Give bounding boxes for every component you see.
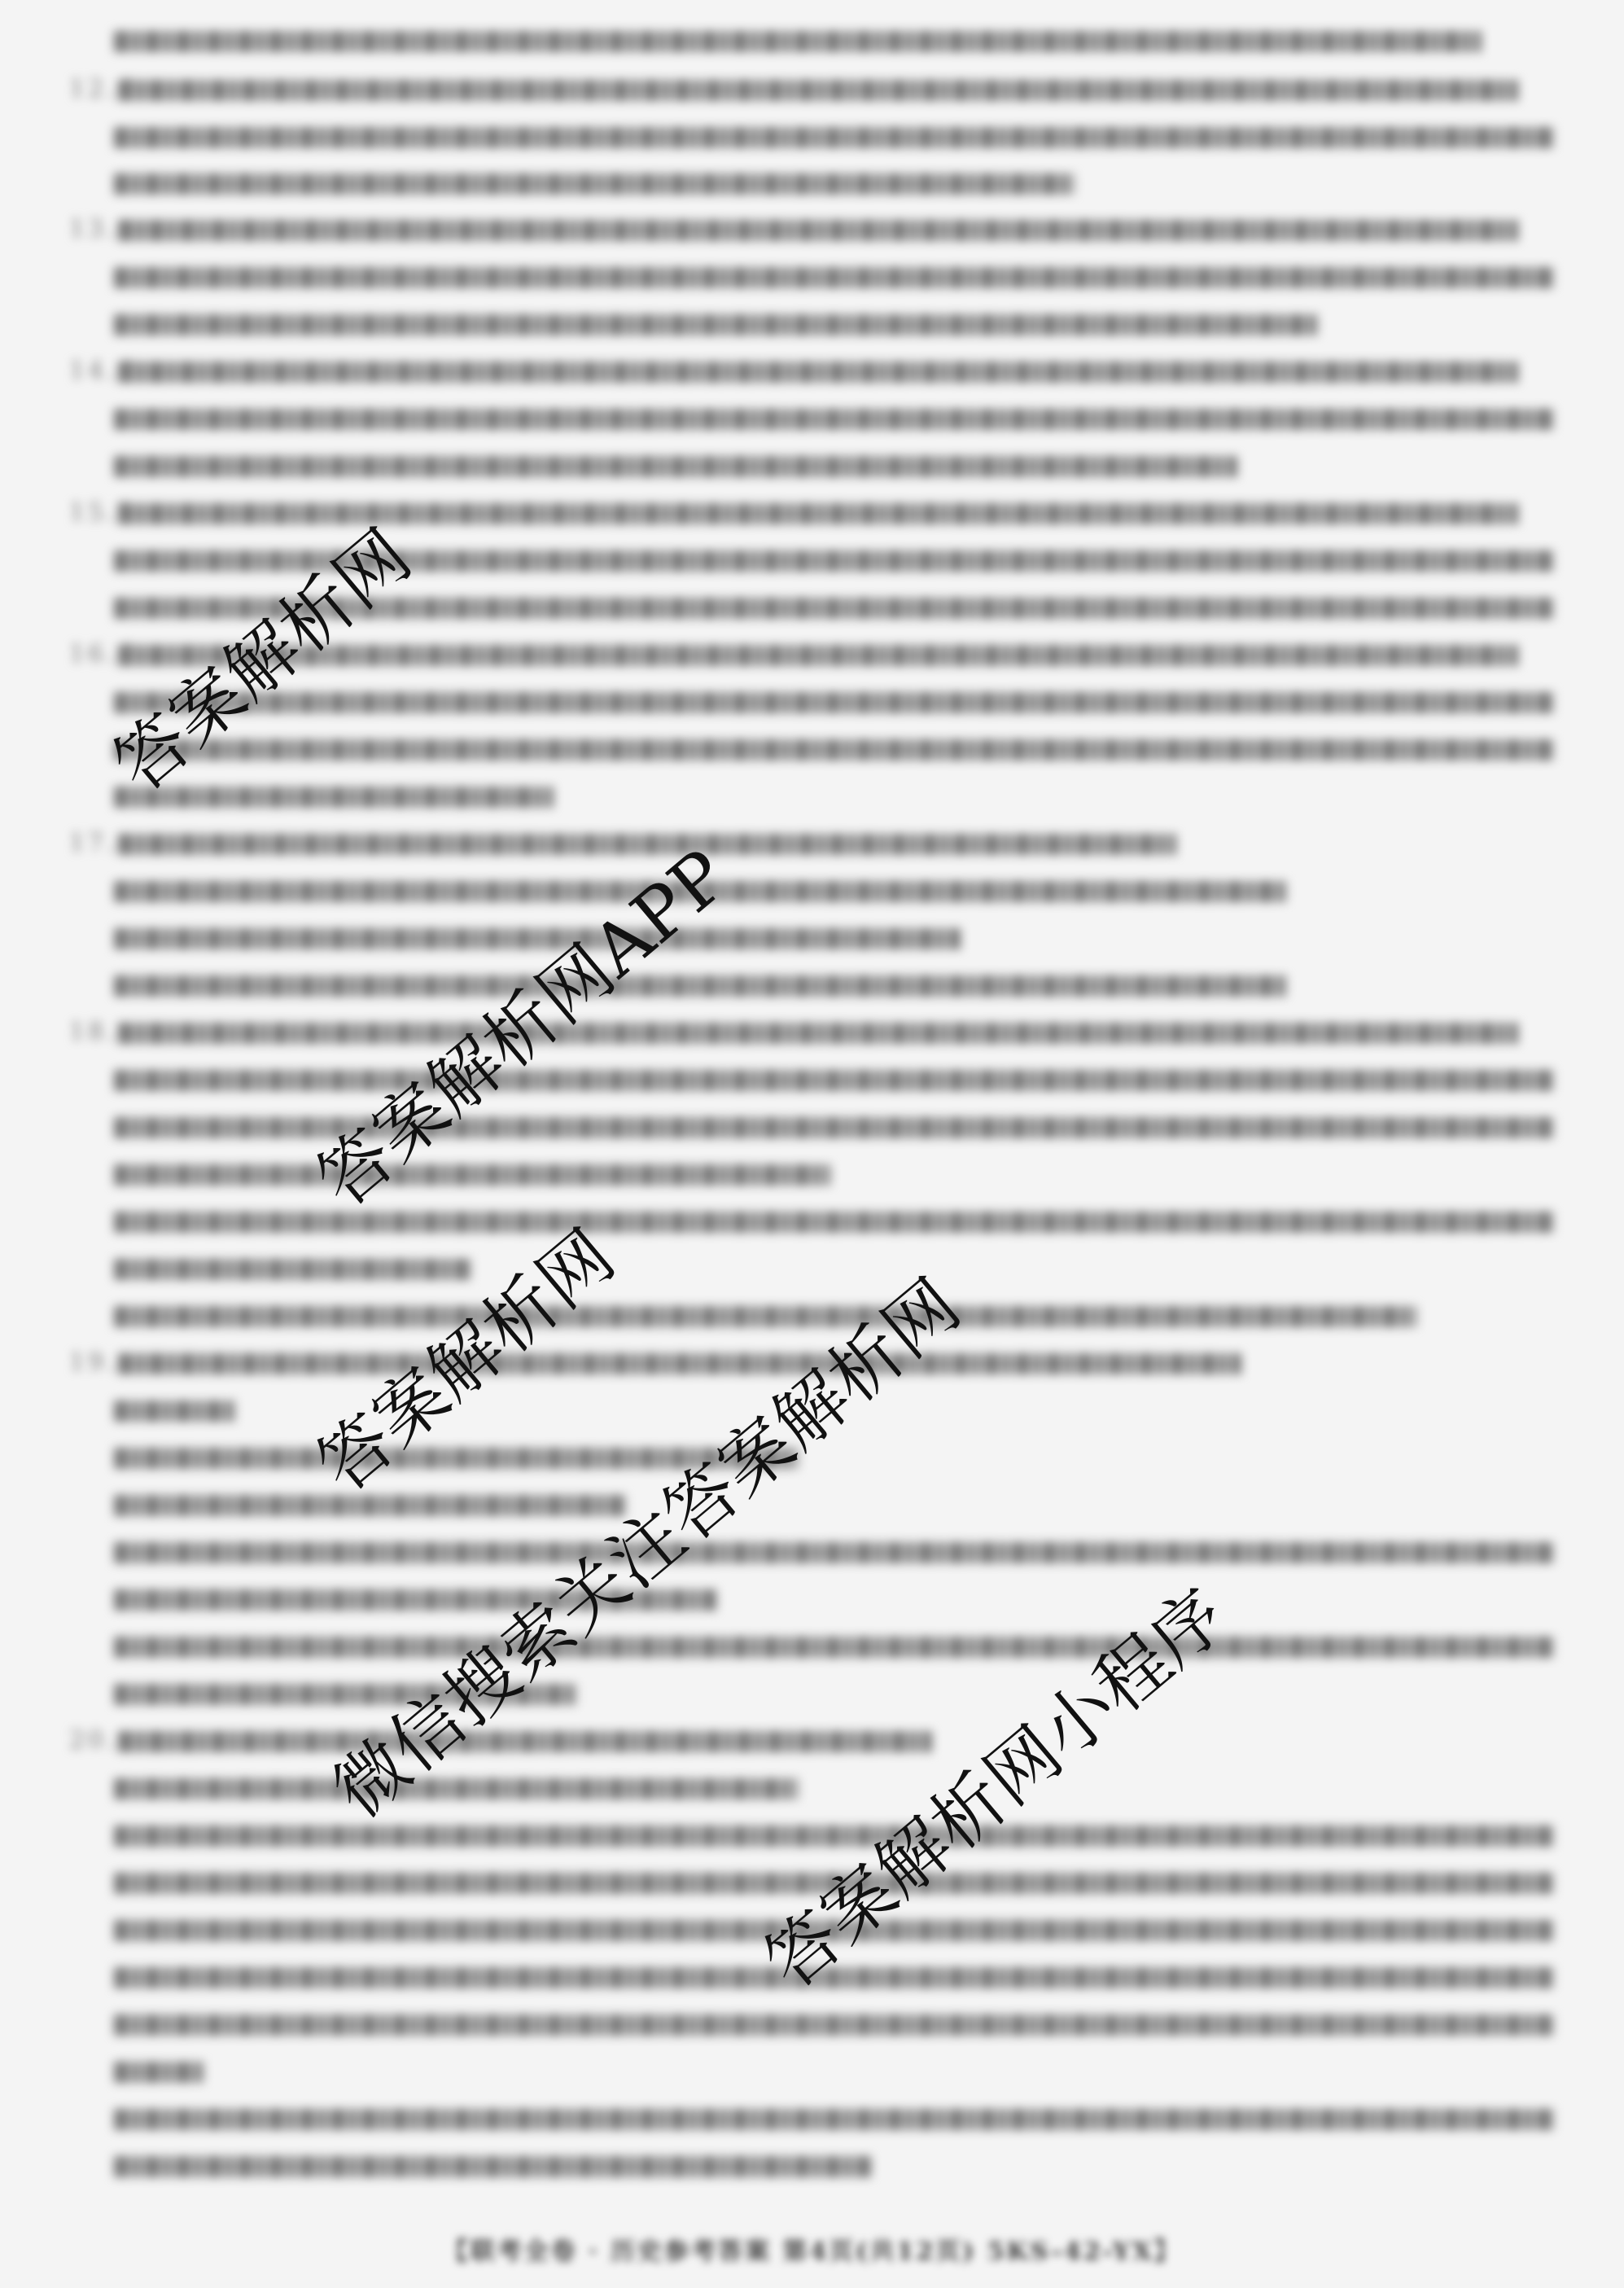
text-line [114, 402, 1563, 435]
text-line [114, 2008, 1563, 2040]
text-line [114, 686, 1563, 718]
question-14: 14.C [69, 355, 1559, 388]
text-line [114, 1394, 244, 1427]
question-20: 20. [69, 1725, 965, 1757]
question-15: 15.D [69, 497, 1559, 529]
text-line [114, 1300, 1433, 1332]
text-line [114, 308, 1335, 340]
text-line [114, 2150, 879, 2182]
text-line [114, 1205, 1563, 1238]
text-line [114, 2055, 212, 2088]
text-line [114, 1630, 1563, 1663]
text-line [114, 121, 1563, 153]
question-13: 13.A [69, 213, 1559, 246]
question-12: 12.C [69, 73, 1559, 106]
text-line [114, 1772, 806, 1804]
text-line [114, 2102, 1563, 2135]
text-line [114, 1536, 1563, 1568]
text-line [114, 1158, 847, 1190]
question-17: 17. [69, 827, 1209, 860]
document-page: 12.C 13.A 14.C 15.D 16.C 17. 18. 19. [0, 0, 1624, 2288]
text-line [114, 1252, 480, 1285]
text-line [114, 24, 1498, 57]
text-line [114, 1063, 1563, 1096]
text-line [114, 969, 1294, 1002]
question-19: 19. [69, 1347, 1258, 1379]
text-line [114, 449, 1254, 482]
text-line [114, 261, 1563, 293]
text-line [114, 733, 1563, 765]
page-footer: 【联考全卷 · 历史参考答案 第4页(共12页) 5KS-42-YX】 [0, 2231, 1624, 2267]
text-line [114, 167, 1091, 199]
question-18: 18. [69, 1016, 1559, 1049]
